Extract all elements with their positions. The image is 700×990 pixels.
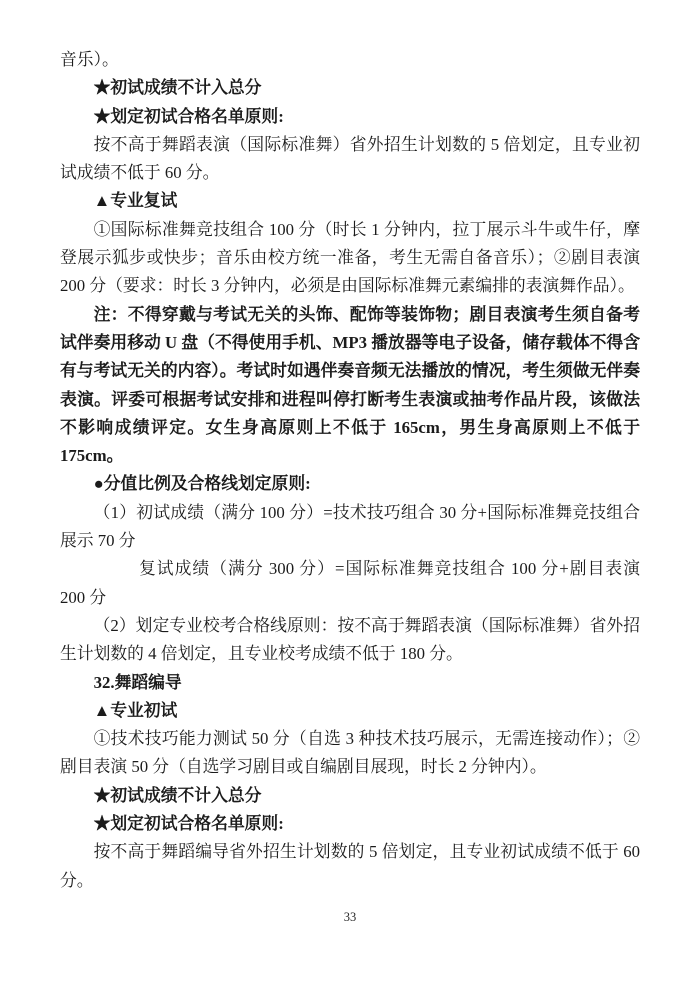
star-initial-shortlist-rule: ★划定初试合格名单原则: [60,103,640,131]
star-initial-score-note-2: ★初试成绩不计入总分 [60,782,640,810]
heading-score-ratio-rule: ●分值比例及合格线划定原则: [60,470,640,498]
para-retest-items: ①国际标准舞竞技组合 100 分（时长 1 分钟内，拉丁展示斗牛或牛仔，摩登展示… [60,216,640,301]
star-initial-score-note: ★初试成绩不计入总分 [60,74,640,102]
heading-professional-initial: ▲专业初试 [60,697,640,725]
para-retest-score-formula: 复试成绩（满分 300 分）=国际标准舞竞技组合 100 分+剧目表演 200 … [60,555,640,612]
heading-professional-retest: ▲专业复试 [60,187,640,215]
document-page: 音乐）。 ★初试成绩不计入总分 ★划定初试合格名单原则: 按不高于舞蹈表演（国际… [0,0,700,990]
document-body: 音乐）。 ★初试成绩不计入总分 ★划定初试合格名单原则: 按不高于舞蹈表演（国际… [60,46,640,895]
para-initial-test-items: ①技术技巧能力测试 50 分（自选 3 种技术技巧展示，无需连接动作）；②剧目表… [60,725,640,782]
heading-major-32-dance-choreography: 32.舞蹈编导 [60,669,640,697]
para-initial-cutoff-2: 按不高于舞蹈编导省外招生计划数的 5 倍划定，且专业初试成绩不低于 60 分。 [60,838,640,895]
para-exam-cutoff-rule: （2）划定专业校考合格线原则：按不高于舞蹈表演（国际标准舞）省外招生计划数的 4… [60,612,640,669]
page-number: 33 [0,910,700,925]
para-music-tail: 音乐）。 [60,46,640,74]
para-initial-score-formula: （1）初试成绩（满分 100 分）=技术技巧组合 30 分+国际标准舞竞技组合展… [60,499,640,556]
para-exam-note: 注：不得穿戴与考试无关的头饰、配饰等装饰物；剧目表演考生须自备考试伴奏用移动 U… [60,301,640,471]
para-initial-cutoff: 按不高于舞蹈表演（国际标准舞）省外招生计划数的 5 倍划定，且专业初试成绩不低于… [60,131,640,188]
star-initial-shortlist-rule-2: ★划定初试合格名单原则: [60,810,640,838]
